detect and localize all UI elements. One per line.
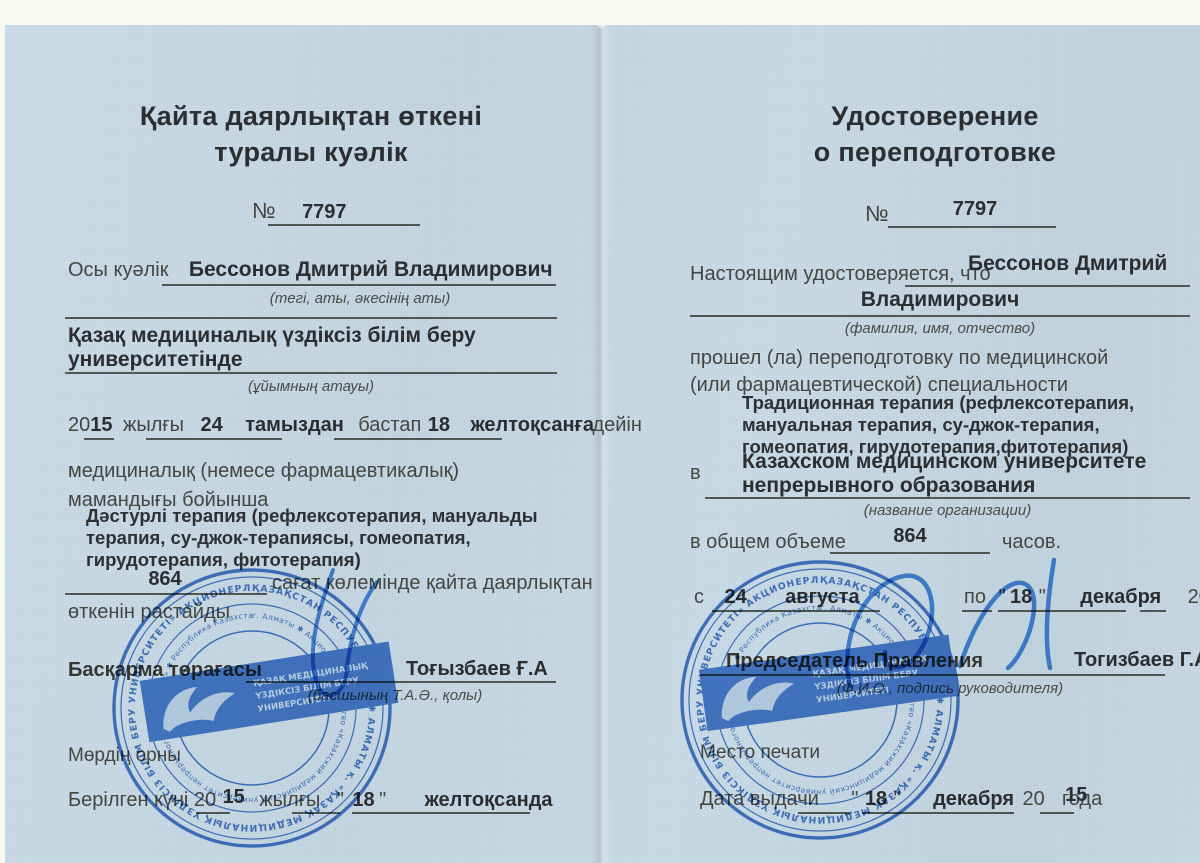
right-passed-line1: прошел (ла) переподготовку по медицинско… xyxy=(690,347,1108,370)
from-month: тамыздан xyxy=(245,414,344,436)
right-name-line2 xyxy=(690,315,1190,317)
org-name-line2: университетінде xyxy=(68,348,243,372)
issue-month: желтоқсанда xyxy=(425,789,553,811)
left-page-title-line2: туралы куәлік xyxy=(65,137,557,168)
right-org-line xyxy=(705,497,1190,499)
volume-value: 864 xyxy=(832,525,988,548)
right-name-caption: (фамилия, имя, отчество) xyxy=(690,320,1190,337)
director-signature-right xyxy=(822,548,1084,713)
left-page-title-line1: Қайта даярлықтан өткені xyxy=(65,101,557,132)
issue-year-prefix: 20 xyxy=(1022,788,1044,810)
number-line xyxy=(268,224,420,226)
right-intro: Настоящим удостоверяется, что xyxy=(690,263,991,286)
from-day: 24 xyxy=(201,414,223,436)
to-day: 18 xyxy=(428,414,450,436)
left-number-row: № 7797 xyxy=(252,198,347,224)
number-sign: № xyxy=(252,198,276,223)
org-blank-line xyxy=(65,317,557,319)
year-prefix: 20 xyxy=(68,414,90,436)
right-signer-name: Тогизбаев Г.А xyxy=(1074,649,1200,672)
left-specialty-line2: терапия, су-джок-терапиясы, гомеопатия, xyxy=(86,527,471,549)
issue-year: 15 xyxy=(1065,784,1087,806)
holder-line xyxy=(162,284,556,286)
to-month: декабря xyxy=(1080,586,1161,608)
right-holder-name2: Владимирович xyxy=(690,288,1190,312)
org-caption: (ұйымның атауы) xyxy=(65,378,557,395)
right-page-title-line1: Удостоверение xyxy=(700,101,1170,132)
to-word: дейін xyxy=(592,414,641,436)
right-org-caption: (название организации) xyxy=(705,502,1190,519)
left-holder-row: Осы куәлік Бессонов Дмитрий Владимирович xyxy=(68,258,553,282)
right-holder-name1: Бессонов Дмитрий xyxy=(968,252,1167,276)
period-line-year xyxy=(84,438,114,440)
year-word: жылғы xyxy=(123,414,184,436)
year-prefix: 20 xyxy=(1188,586,1200,608)
right-specialty-line1: Традиционная терапия (рефлексотерапия, xyxy=(742,392,1134,414)
right-specialty-line2: мануальная терапия, су-джок-терапия, xyxy=(742,414,1100,436)
period-line-to xyxy=(334,438,502,440)
director-signature-left xyxy=(275,552,405,712)
certificate-number: 7797 xyxy=(302,201,347,223)
right-name-line1 xyxy=(905,285,1190,287)
right-v-label: в xyxy=(690,462,701,485)
period-line-from xyxy=(146,438,282,440)
left-signer-name: Тоғызбаев Ғ.А xyxy=(406,658,548,681)
right-certificate-number: 7797 xyxy=(890,198,1060,221)
holder-caption: (тегі, аты, әкесінің аты) xyxy=(160,290,560,307)
org-line xyxy=(65,372,557,374)
holder-prefix: Осы куәлік xyxy=(68,259,168,281)
holder-name: Бессонов Дмитрий Владимирович xyxy=(189,258,553,281)
left-period-row: 2015 жылғы 24 тамыздан бастап 18 желтоқс… xyxy=(68,414,642,437)
right-number-sign: № xyxy=(865,201,889,226)
right-period-line-year xyxy=(1140,610,1166,612)
from-word: бастап xyxy=(358,414,421,436)
left-specialty-line1: Дәстурлі терапия (рефлексотерапия, мануа… xyxy=(86,505,538,527)
right-page-title-line2: о переподготовке xyxy=(700,137,1170,168)
center-fold xyxy=(591,25,611,863)
org-name-line1: Қазақ медициналық үздіксіз білім беру xyxy=(68,324,476,348)
year-value: 15 xyxy=(90,414,112,436)
right-org-line1: Казахском медицинском университете xyxy=(742,450,1146,474)
right-number-line xyxy=(888,226,1056,228)
left-spec-intro1: медициналық (немесе фармацевтикалық) xyxy=(68,460,459,483)
right-issue-line-year xyxy=(1040,812,1074,814)
right-org-line2: непрерывного образования xyxy=(742,474,1035,498)
to-month: желтоқсанға xyxy=(470,414,594,436)
